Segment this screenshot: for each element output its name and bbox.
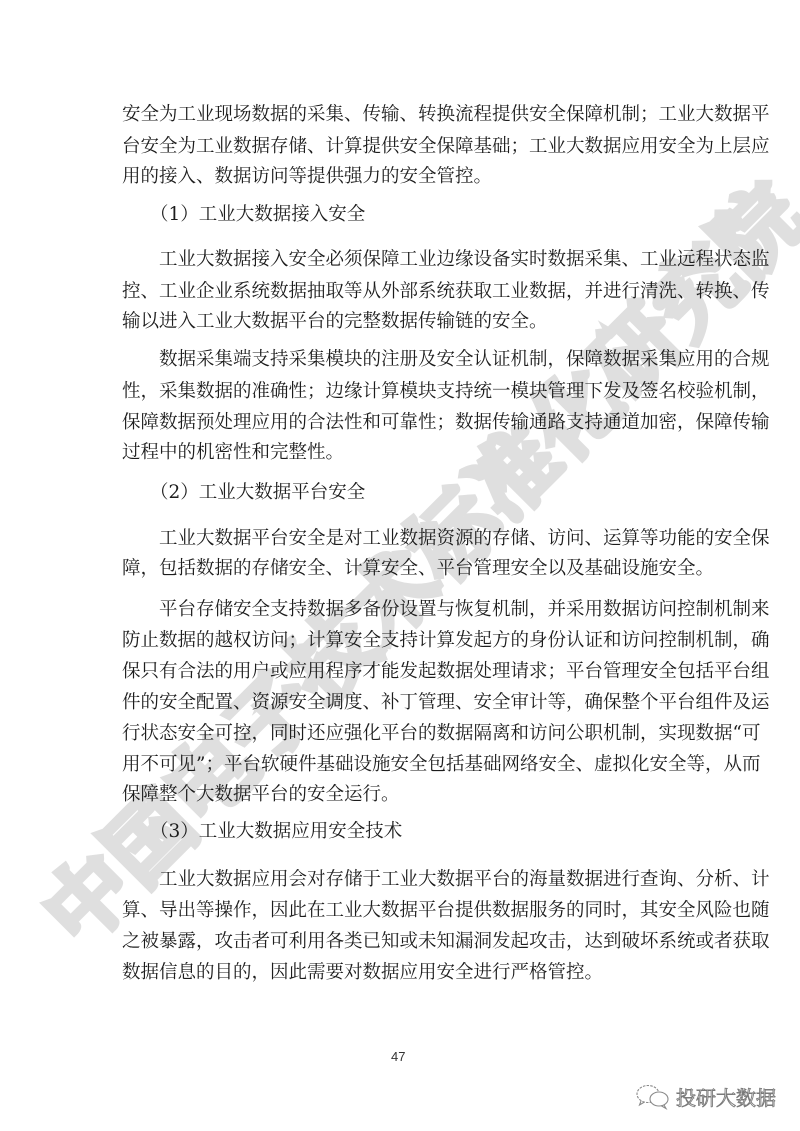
text-line: 平台存储安全支持数据多备份设置与恢复机制，并采用数据访问控制机制来 [159,599,682,621]
document-page: 安全为工业现场数据的采集、传输、转换流程提供安全保障机制；工业大数据平 台安全为… [0,0,800,1131]
section-heading-application-security: （3）工业大数据应用安全技术 [150,821,402,843]
text-line: 性，采集数据的准确性；边缘计算模块支持统一模块管理下发及签名校验机制， [122,381,682,403]
text-line: 输以进入工业大数据平台的完整数据传输链的安全。 [122,311,682,333]
text-line: 数据信息的目的，因此需要对数据应用安全进行严格管控。 [122,962,682,984]
text-line: 防止数据的越权访问；计算安全支持计算发起方的身份认证和访问控制机制，确 [122,630,682,652]
text-line: 算、导出等操作，因此在工业大数据平台提供数据服务的同时，其安全风险也随 [122,900,682,922]
wechat-icon [634,1083,672,1111]
text-line: 安全为工业现场数据的采集、传输、转换流程提供安全保障机制；工业大数据平 [122,104,682,126]
section-heading-platform-security: （2）工业大数据平台安全 [150,482,365,504]
text-line: 过程中的机密性和完整性。 [122,442,682,464]
text-line: 工业大数据应用会对存储于工业大数据平台的海量数据进行查询、分析、计 [159,869,682,891]
text-line: 台安全为工业数据存储、计算提供安全保障基础；工业大数据应用安全为上层应 [122,136,682,158]
text-line: 行状态安全可控，同时还应强化平台的数据隔离和访问公职机制，实现数据“可 [122,723,682,745]
source-logo-text: 投研大数据 [676,1082,776,1111]
text-line: 控、工业企业系统数据抽取等从外部系统获取工业数据，并进行清洗、转换、传 [122,281,682,303]
text-line: 保障整个大数据平台的安全运行。 [122,784,682,806]
text-line: 数据采集端支持采集模块的注册及安全认证机制，保障数据采集应用的合规 [159,349,682,371]
section-heading-access-security: （1）工业大数据接入安全 [150,204,365,226]
text-line: 保只有合法的用户或应用程序才能发起数据处理请求；平台管理安全包括平台组 [122,661,682,683]
text-line: 用的接入、数据访问等提供强力的安全管控。 [122,166,682,188]
page-number: 47 [391,1049,405,1064]
text-line: 障，包括数据的存储安全、计算安全、平台管理安全以及基础设施安全。 [122,558,682,580]
text-line: 之被暴露，攻击者可利用各类已知或未知漏洞发起攻击，达到破坏系统或者获取 [122,931,682,953]
text-line: 保障数据预处理应用的合法性和可靠性；数据传输通路支持通道加密，保障传输 [122,412,682,434]
text-line: 用不可见”；平台软硬件基础设施安全包括基础网络安全、虚拟化安全等，从而 [122,754,682,776]
text-line: 工业大数据接入安全必须保障工业边缘设备实时数据采集、工业远程状态监 [159,249,682,271]
text-line: 件的安全配置、资源安全调度、补丁管理、安全审计等，确保整个平台组件及运 [122,692,682,714]
text-line: 工业大数据平台安全是对工业数据资源的存储、访问、运算等功能的安全保 [159,528,682,550]
source-logo: 投研大数据 [634,1082,776,1111]
